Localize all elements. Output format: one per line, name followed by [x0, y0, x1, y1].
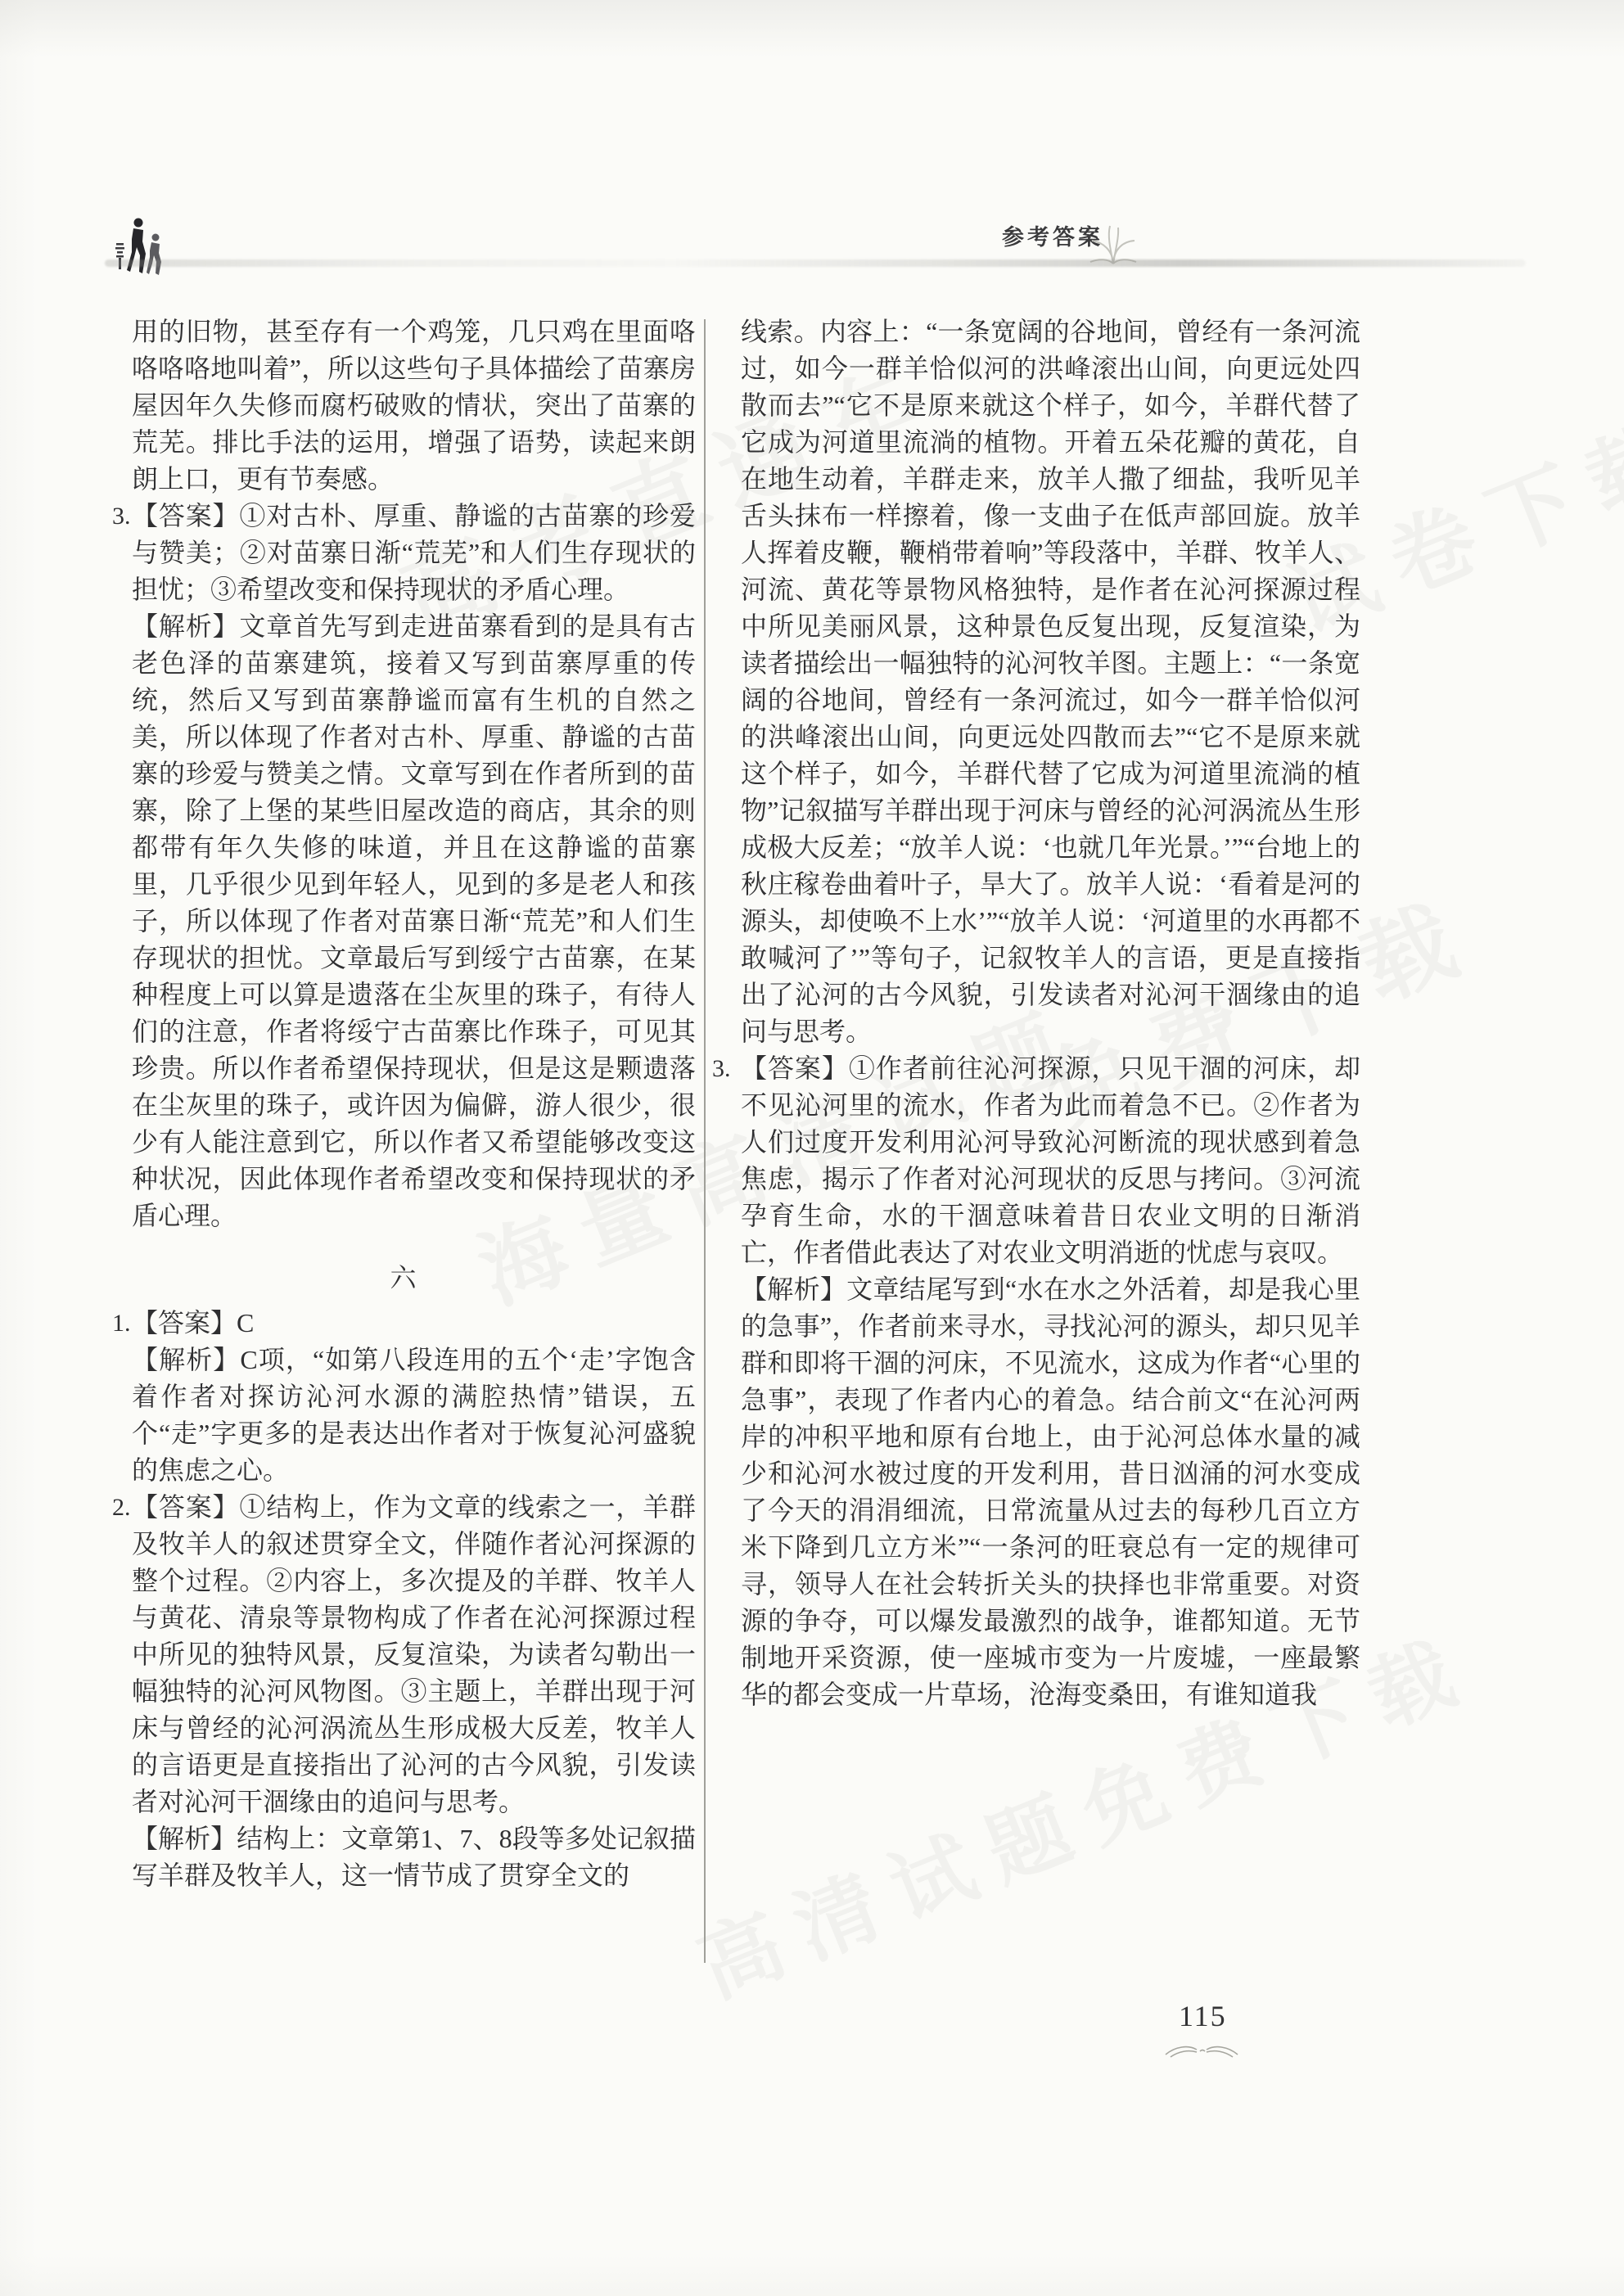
runners-logo-icon — [105, 214, 169, 283]
item-number: 1. — [112, 1305, 131, 1342]
analysis-paragraph: 【解析】结构上：文章第1、7、8段等多处记叙描写羊群及牧羊人，这一情节成了贯穿全… — [112, 1820, 696, 1894]
answer-item: 3.【答案】①对古朴、厚重、静谧的古苗寨的珍爱与赞美；②对苗寨日渐“荒芜”和人们… — [112, 498, 696, 608]
left-column: 用的旧物，甚至存有一个鸡笼，几只鸡在里面咯咯咯咯地叫着”，所以这些句子具体描绘了… — [112, 314, 696, 1894]
item-number: 3. — [112, 498, 131, 535]
item-number: 2. — [112, 1489, 131, 1526]
section-header: 六 — [112, 1259, 696, 1297]
analysis-paragraph: 【解析】文章结尾写到“水在水之外活着，却是我心里的急事”，作者前来寻水，寻找沁河… — [712, 1271, 1360, 1713]
paragraph-continuation: 线索。内容上：“一条宽阔的谷地间，曾经有一条河流过，如今一群羊恰似河的洪峰滚出山… — [712, 314, 1360, 1050]
header-rule — [105, 259, 1526, 267]
answer-item: 3.【答案】①作者前往沁河探源，只见干涸的河床，却不见沁河里的流水，作者为此而着… — [712, 1050, 1360, 1271]
page-number: 115 — [1179, 1999, 1227, 2033]
answer-text: 【答案】①结构上，作为文章的线索之一，羊群及牧羊人的叙述贯穿全文，伴随作者沁河探… — [132, 1492, 696, 1816]
analysis-paragraph: 【解析】C项，“如第八段连用的五个‘走’字饱含着作者对探访沁河水源的满腔热情”错… — [112, 1342, 696, 1489]
answer-item: 1.【答案】C — [112, 1305, 696, 1342]
answer-item: 2.【答案】①结构上，作为文章的线索之一，羊群及牧羊人的叙述贯穿全文，伴随作者沁… — [112, 1489, 696, 1820]
analysis-paragraph: 【解析】文章首先写到走进苗寨看到的是具有古老色泽的苗寨建筑，接着又写到苗寨厚重的… — [112, 608, 696, 1234]
paragraph-continuation: 用的旧物，甚至存有一个鸡笼，几只鸡在里面咯咯咯咯地叫着”，所以这些句子具体描绘了… — [112, 314, 696, 498]
column-divider — [704, 319, 706, 1963]
answer-text: 【答案】①作者前往沁河探源，只见干涸的河床，却不见沁河里的流水，作者为此而着急不… — [741, 1053, 1360, 1267]
answer-text: 【答案】C — [132, 1308, 254, 1337]
right-column: 线索。内容上：“一条宽阔的谷地间，曾经有一条河流过，如今一群羊恰似河的洪峰滚出山… — [712, 314, 1360, 1713]
wing-ornament-icon — [1162, 2038, 1241, 2063]
answer-key-page: 高考直通车 免费下载 海量高清试题 高清试题免费下载 试卷下载 参考答案 — [0, 0, 1624, 2296]
item-number: 3. — [712, 1050, 731, 1087]
answer-text: 【答案】①对古朴、厚重、静谧的古苗寨的珍爱与赞美；②对苗寨日渐“荒芜”和人们生存… — [132, 501, 696, 604]
